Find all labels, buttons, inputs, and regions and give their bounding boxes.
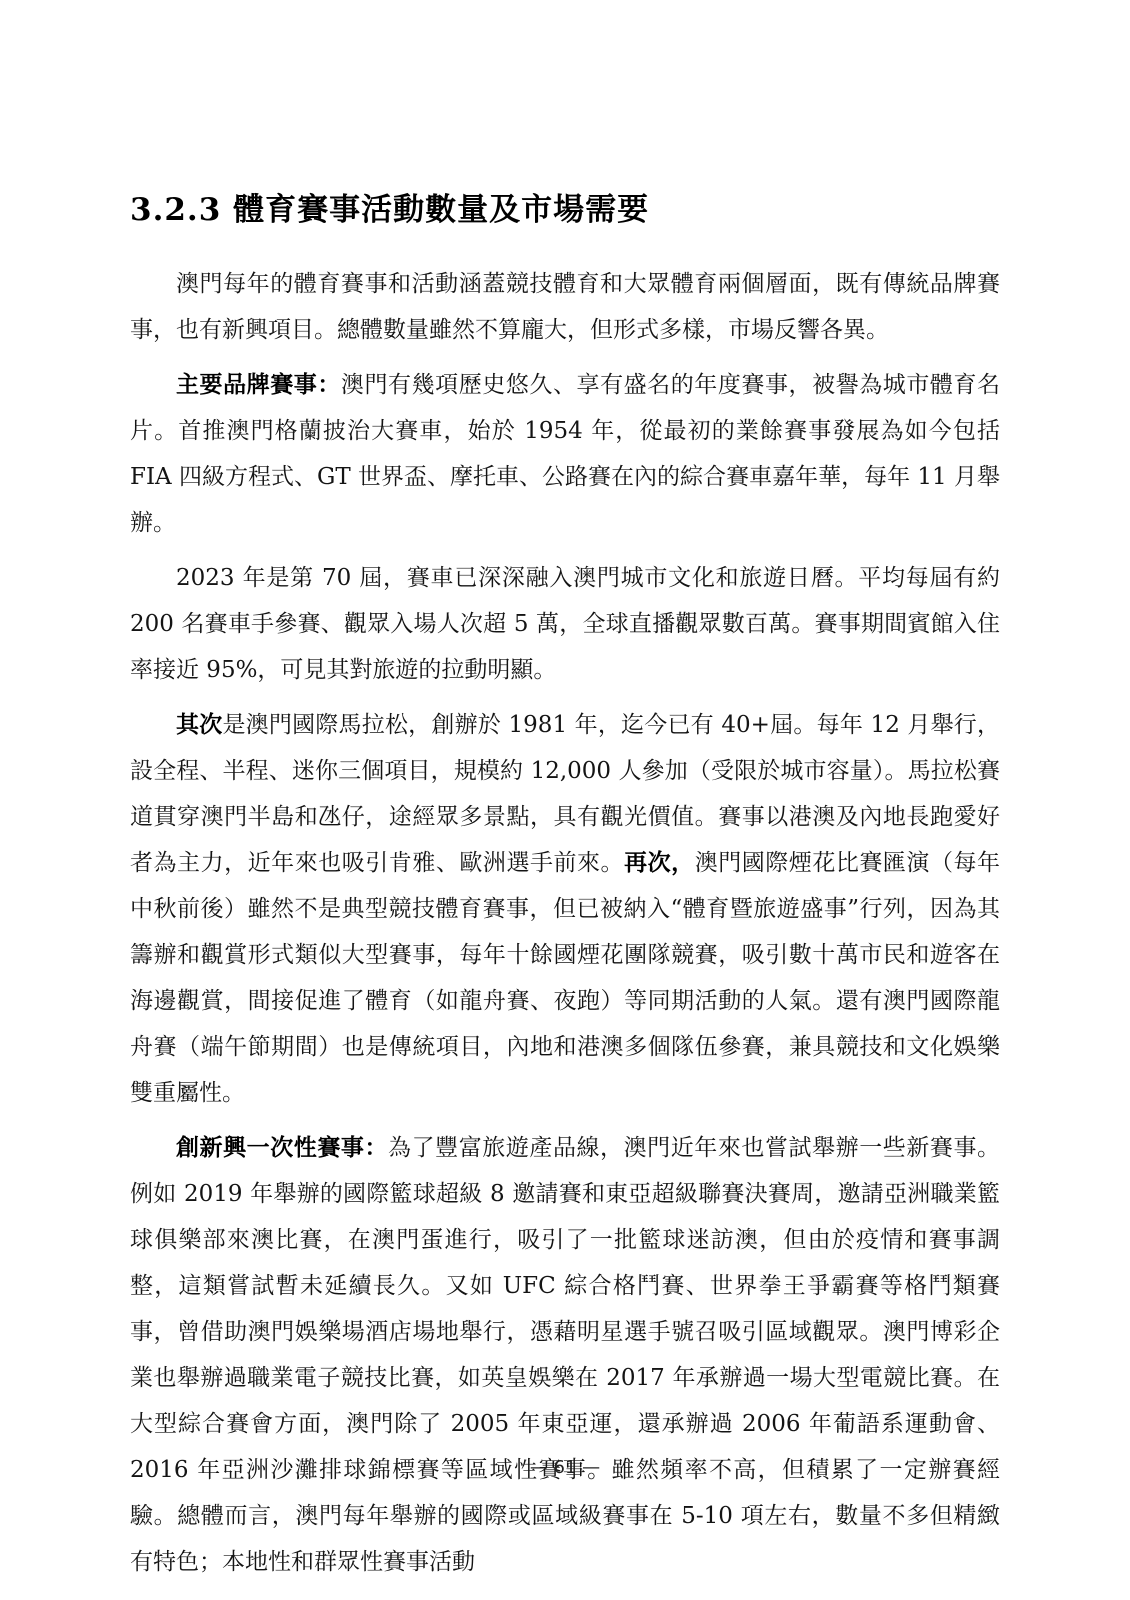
text-run: 2023 年是第 70 屆，賽車已深深融入澳門城市文化和旅遊日曆。平均每屆有約 …	[130, 565, 1000, 683]
page-footer: — 61 —	[0, 1457, 1130, 1478]
document-body: 澳門每年的體育賽事和活動涵蓋競技體育和大眾體育兩個層面，既有傳統品牌賽事，也有新…	[130, 261, 1000, 1585]
bold-run: 創新興一次性賽事：	[176, 1134, 388, 1161]
section-heading: 3.2.3 體育賽事活動數量及市場需要	[130, 184, 1000, 229]
bold-run: 主要品牌賽事：	[176, 371, 341, 398]
bold-run: 再次，	[624, 849, 695, 876]
text-run: 澳門每年的體育賽事和活動涵蓋競技體育和大眾體育兩個層面，既有傳統品牌賽事，也有新…	[130, 271, 1000, 343]
paragraph-4: 其次是澳門國際馬拉松，創辦於 1981 年，迄今已有 40+屆。每年 12 月舉…	[130, 702, 1000, 1116]
bold-run: 其次	[176, 711, 222, 738]
document-page: 3.2.3 體育賽事活動數量及市場需要 澳門每年的體育賽事和活動涵蓋競技體育和大…	[0, 0, 1130, 1600]
paragraph-3: 2023 年是第 70 屆，賽車已深深融入澳門城市文化和旅遊日曆。平均每屆有約 …	[130, 555, 1000, 693]
paragraph-2: 主要品牌賽事：澳門有幾項歷史悠久、享有盛名的年度賽事，被譽為城市體育名片。首推澳…	[130, 362, 1000, 546]
text-run: 為了豐富旅遊產品線，澳門近年來也嘗試舉辦一些新賽事。例如 2019 年舉辦的國際…	[130, 1135, 1000, 1575]
page-number: — 61 —	[530, 1457, 600, 1478]
paragraph-5: 創新興一次性賽事：為了豐富旅遊產品線，澳門近年來也嘗試舉辦一些新賽事。例如 20…	[130, 1125, 1000, 1585]
paragraph-1: 澳門每年的體育賽事和活動涵蓋競技體育和大眾體育兩個層面，既有傳統品牌賽事，也有新…	[130, 261, 1000, 353]
text-run: 澳門國際煙花比賽匯演（每年中秋前後）雖然不是典型競技體育賽事，但已被納入“體育暨…	[130, 850, 1000, 1106]
